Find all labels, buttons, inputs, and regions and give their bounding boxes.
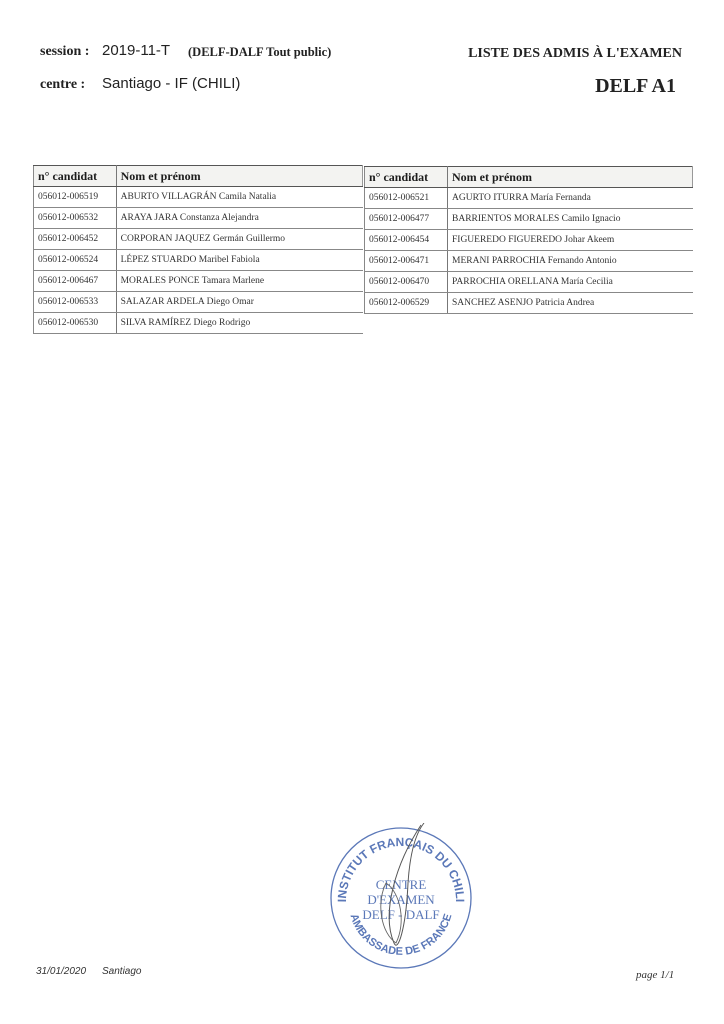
candidate-number: 056012-006524 — [34, 250, 117, 271]
candidate-number: 056012-006477 — [365, 209, 448, 230]
session-label: session : — [40, 44, 89, 60]
candidate-name: SALAZAR ARDELA Diego Omar — [116, 292, 362, 313]
document-title: LISTE DES ADMIS À L'EXAMEN — [468, 46, 682, 62]
candidate-name: FIGUEREDO FIGUEREDO Johar Akeem — [448, 230, 693, 251]
table-row: 056012-006530SILVA RAMÍREZ Diego Rodrigo — [34, 313, 363, 334]
centre-label: centre : — [40, 77, 85, 93]
candidate-number: 056012-006471 — [365, 251, 448, 272]
footer-place: Santiago — [102, 966, 141, 977]
candidate-number: 056012-006519 — [34, 187, 117, 208]
candidate-number: 056012-006521 — [365, 188, 448, 209]
table-row: 056012-006467MORALES PONCE Tamara Marlen… — [34, 271, 363, 292]
candidate-number: 056012-006530 — [34, 313, 117, 334]
table-row: 056012-006532ARAYA JARA Constanza Alejan… — [34, 208, 363, 229]
table-row: 056012-006471MERANI PARROCHIA Fernando A… — [365, 251, 693, 272]
table-row: 056012-006521AGURTO ITURRA María Fernand… — [365, 188, 693, 209]
table-row: 056012-006533SALAZAR ARDELA Diego Omar — [34, 292, 363, 313]
table-row: 056012-006519ABURTO VILLAGRÁN Camila Nat… — [34, 187, 363, 208]
candidate-name: MERANI PARROCHIA Fernando Antonio — [448, 251, 693, 272]
candidate-name: SILVA RAMÍREZ Diego Rodrigo — [116, 313, 362, 334]
footer-date: 31/01/2020 — [36, 966, 86, 977]
table-header-row: n° candidat Nom et prénom — [365, 167, 693, 188]
column-header-candidate-number: n° candidat — [365, 167, 448, 188]
candidate-number: 056012-006452 — [34, 229, 117, 250]
candidate-number: 056012-006529 — [365, 293, 448, 314]
candidate-number: 056012-006533 — [34, 292, 117, 313]
column-header-name: Nom et prénom — [116, 166, 362, 187]
centre-value: Santiago - IF (CHILI) — [102, 75, 240, 92]
candidate-number: 056012-006470 — [365, 272, 448, 293]
candidate-number: 056012-006467 — [34, 271, 117, 292]
candidate-number: 056012-006454 — [365, 230, 448, 251]
table-row: 056012-006529SANCHEZ ASENJO Patricia And… — [365, 293, 693, 314]
table-row: 056012-006454FIGUEREDO FIGUEREDO Johar A… — [365, 230, 693, 251]
admitted-table-right: n° candidat Nom et prénom 056012-006521A… — [364, 166, 693, 314]
table-row: 056012-006470PARROCHIA ORELLANA María Ce… — [365, 272, 693, 293]
candidate-name: LÉPEZ STUARDO Maribel Fabiola — [116, 250, 362, 271]
official-stamp: INSTITUT FRANÇAIS DU CHILI AMBASSADE DE … — [326, 823, 476, 973]
column-header-candidate-number: n° candidat — [34, 166, 117, 187]
admitted-table-left: n° candidat Nom et prénom 056012-006519A… — [33, 165, 363, 334]
table-row: 056012-006524LÉPEZ STUARDO Maribel Fabio… — [34, 250, 363, 271]
session-subtitle: (DELF-DALF Tout public) — [188, 45, 331, 60]
candidate-name: BARRIENTOS MORALES Camilo Ignacio — [448, 209, 693, 230]
candidate-name: CORPORAN JAQUEZ Germán Guillermo — [116, 229, 362, 250]
table-header-row: n° candidat Nom et prénom — [34, 166, 363, 187]
exam-level: DELF A1 — [595, 75, 676, 98]
candidate-name: ABURTO VILLAGRÁN Camila Natalia — [116, 187, 362, 208]
table-row: 056012-006452CORPORAN JAQUEZ Germán Guil… — [34, 229, 363, 250]
candidate-name: AGURTO ITURRA María Fernanda — [448, 188, 693, 209]
candidate-name: PARROCHIA ORELLANA María Cecilia — [448, 272, 693, 293]
candidate-name: MORALES PONCE Tamara Marlene — [116, 271, 362, 292]
candidate-number: 056012-006532 — [34, 208, 117, 229]
stamp-line-2: D'EXAMEN — [367, 892, 435, 907]
candidate-name: SANCHEZ ASENJO Patricia Andrea — [448, 293, 693, 314]
page-number: page 1/1 — [636, 969, 674, 981]
table-row: 056012-006477BARRIENTOS MORALES Camilo I… — [365, 209, 693, 230]
candidate-name: ARAYA JARA Constanza Alejandra — [116, 208, 362, 229]
session-value: 2019-11-T — [102, 42, 170, 59]
column-header-name: Nom et prénom — [448, 167, 693, 188]
